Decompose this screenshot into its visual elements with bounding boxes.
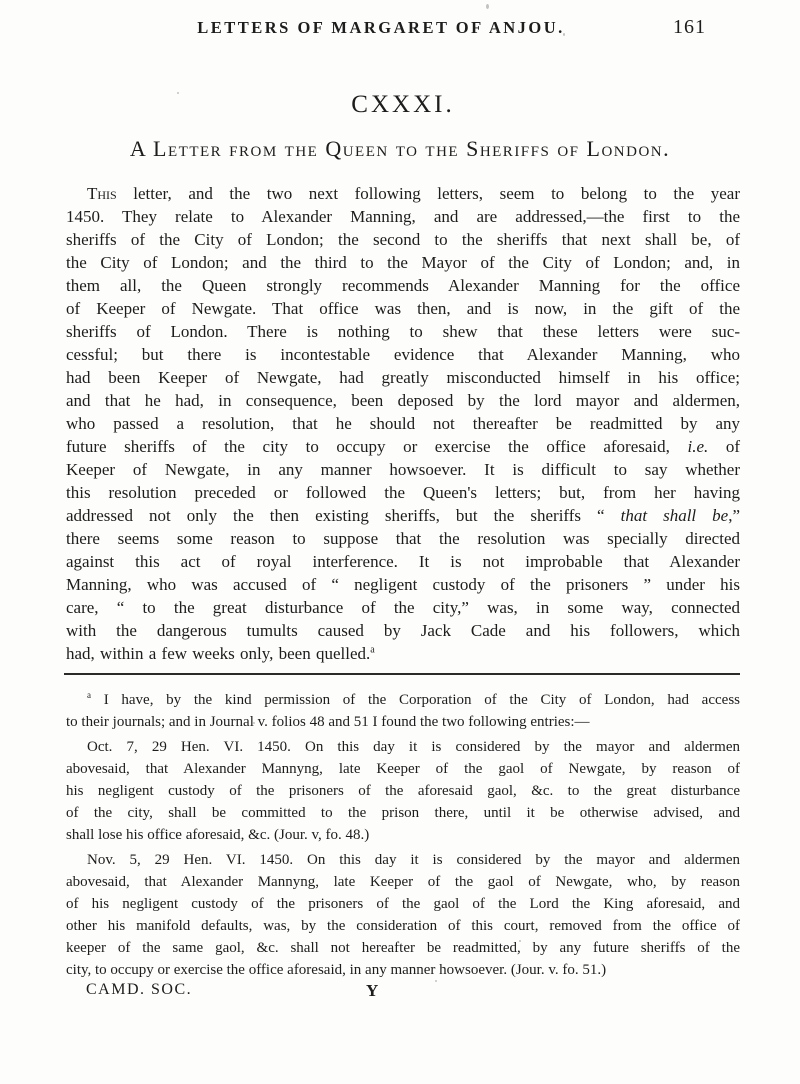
text-line: This letter, and the two next following …	[66, 182, 740, 205]
text-line: the City of London; and the third to the…	[66, 251, 740, 274]
text-line: of Keeper of Newgate. That office was th…	[66, 297, 740, 320]
scan-speck	[253, 722, 255, 724]
text-line: had been Keeper of Newgate, had greatly …	[66, 366, 740, 389]
text-line: cessful; but there is incontestable evid…	[66, 343, 740, 366]
text-line: them all, the Queen strongly recommends …	[66, 274, 740, 297]
text-line: had, within a few weeks only, been quell…	[66, 642, 740, 665]
text-line: of the city, shall be committed to the p…	[66, 802, 740, 824]
text-line: this resolution preceded or followed the…	[66, 481, 740, 504]
text-line: sheriffs of the City of London; the seco…	[66, 228, 740, 251]
text-line: Manning, who was accused of “ negligent …	[66, 573, 740, 596]
text-line: city, to occupy or exercise the office a…	[66, 959, 740, 981]
text-line: Nov. 5, 29 Hen. VI. 1450. On this day it…	[66, 849, 740, 871]
text-line: abovesaid, that Alexander Mannyng, late …	[66, 871, 740, 893]
signature-mark: Y	[366, 981, 379, 1001]
scan-speck	[345, 289, 347, 291]
text-line: sheriffs of London. There is nothing to …	[66, 320, 740, 343]
body-paragraph: This letter, and the two next following …	[66, 182, 740, 665]
text-line: shall lose his office aforesaid, &c. (Jo…	[66, 824, 740, 846]
running-header: LETTERS OF MARGARET OF ANJOU. 161	[66, 16, 740, 42]
text-line: future sheriffs of the city to occupy or…	[66, 435, 740, 458]
text-line: his negligent custody of the prisoners o…	[66, 780, 740, 802]
scan-speck	[712, 353, 714, 355]
scan-speck	[371, 262, 373, 264]
footnote-paragraph-3: Nov. 5, 29 Hen. VI. 1450. On this day it…	[66, 849, 740, 981]
text-line: care, “ to the great disturbance of the …	[66, 596, 740, 619]
text-line: against this act of royal interference. …	[66, 550, 740, 573]
text-line: Oct. 7, 29 Hen. VI. 1450. On this day it…	[66, 736, 740, 758]
text-line: 1450. They relate to Alexander Manning, …	[66, 205, 740, 228]
printer-signature: CAMD. SOC.	[86, 981, 192, 999]
text-line: other his manifold defaults, was, by the…	[66, 915, 740, 937]
text-line: there seems some reason to suppose that …	[66, 527, 740, 550]
footnote-paragraph-1: a I have, by the kind permission of the …	[66, 689, 740, 733]
text-line: a I have, by the kind permission of the …	[66, 689, 740, 711]
scan-speck	[177, 92, 179, 94]
text-line: addressed not only the then existing she…	[66, 504, 740, 527]
text-line: with the dangerous tumults caused by Jac…	[66, 619, 740, 642]
letter-title: A Letter from the Queen to the Sheriffs …	[40, 136, 760, 162]
text-line: to their journals; and in Journal v. fol…	[66, 711, 740, 733]
footer-line: CAMD. SOC. Y	[66, 981, 740, 1003]
footnote: a I have, by the kind permission of the …	[66, 689, 740, 984]
text-line: Keeper of Newgate, in any manner howsoev…	[66, 458, 740, 481]
book-page: LETTERS OF MARGARET OF ANJOU. 161 CXXXI.…	[0, 0, 800, 1084]
text-line: of his negligent custody of the prisoner…	[66, 893, 740, 915]
text-line: and that he had, in consequence, been de…	[66, 389, 740, 412]
scan-speck	[519, 940, 521, 942]
scan-speck	[435, 980, 437, 982]
page-number: 161	[673, 16, 706, 39]
scan-speck	[486, 4, 489, 9]
running-header-title: LETTERS OF MARGARET OF ANJOU.	[44, 18, 718, 38]
text-line: keeper of the same gaol, &c. shall not h…	[66, 937, 740, 959]
text-line: abovesaid, that Alexander Mannyng, late …	[66, 758, 740, 780]
footnote-paragraph-2: Oct. 7, 29 Hen. VI. 1450. On this day it…	[66, 736, 740, 846]
footnote-rule	[64, 673, 740, 675]
scan-speck	[563, 33, 565, 36]
text-line: who passed a resolution, that he should …	[66, 412, 740, 435]
section-number: CXXXI.	[66, 91, 740, 119]
